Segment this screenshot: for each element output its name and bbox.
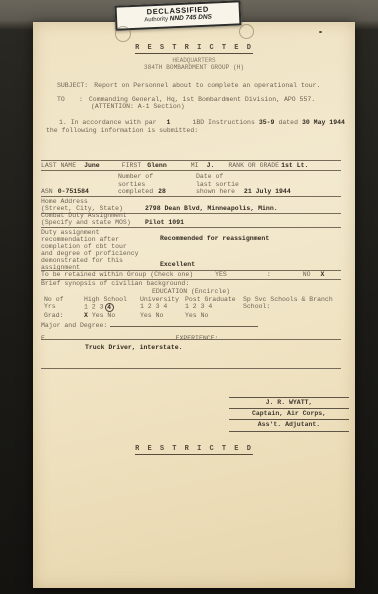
authority-value: NND 745 DNS <box>170 14 213 23</box>
asn-value: 0-751584 <box>58 188 89 195</box>
paragraph-1-line2: the following information is submitted: <box>46 127 198 134</box>
last-sortie-label: Date of last sortie shown here <box>196 173 239 195</box>
high-school-grad-options: Yes No <box>92 312 115 319</box>
paragraph-1: 1. In accordance with par11BD Instructio… <box>59 119 345 126</box>
home-address-label: Home Address (Street, City, State) <box>41 198 137 212</box>
sorties-cell: Number of sorties completed 28 <box>118 173 196 195</box>
form-row-asn-sorties: ASN 0-751584 Number of sorties completed… <box>41 171 341 197</box>
form-row-combat-duty: Combat Duty Assignment (Specify and stat… <box>41 214 341 228</box>
post-graduate-header: Post Graduate <box>185 296 243 303</box>
first-name-value: Glenn <box>147 162 167 169</box>
last-sortie-cell: Date of last sortie shown here 21 July 1… <box>196 173 341 195</box>
signature-title: Ass't. Adjutant. <box>229 420 349 431</box>
first-name-label: FIRST <box>122 162 142 169</box>
high-school-years: 1 2 34 <box>84 303 140 312</box>
classification-footer-text: R E S T R I C T E D <box>135 446 253 455</box>
duty-recommendation-values: Recommended for reassignment Excellent <box>153 228 341 270</box>
section-rule <box>41 368 341 369</box>
para1-date: 30 May 1944 <box>302 119 345 126</box>
major-degree-blank <box>110 321 258 327</box>
duty-recommendation-label: Duty assignment recommendation after com… <box>41 228 153 270</box>
duty-proficiency-value: Excellent <box>160 261 341 268</box>
form-row-retained: To be retained within Group (Check one) … <box>41 271 341 280</box>
rank-value: 1st Lt. <box>281 162 308 169</box>
retained-separator: : <box>267 271 271 278</box>
middle-initial-label: MI <box>191 162 199 169</box>
experience-divider: E EXPERIENCE: <box>41 335 341 344</box>
sorties-label: Number of sorties completed <box>118 173 153 195</box>
subject-text: Report on Personnel about to complete an… <box>94 82 320 89</box>
last-name-label: LAST NAME <box>41 162 76 169</box>
major-degree-row: Major and Degree: <box>41 321 341 332</box>
retained-no-checkmark: X <box>321 271 325 278</box>
experience-title: EXPERIENCE: <box>176 335 219 342</box>
group-line: 384TH BOMBARDMENT GROUP (H) <box>33 64 355 71</box>
sorties-value: 28 <box>158 188 166 195</box>
to-separator: : <box>79 96 83 103</box>
university-years: 1 2 3 4 <box>140 303 185 312</box>
experience-entry-text: Truck Driver, interstate. <box>85 344 183 351</box>
signature-name: J. R. WYATT, <box>229 398 349 409</box>
home-address-value: 2798 Dean Blvd, Minneapolis, Minn. <box>145 205 278 212</box>
education-years-label-2: Yrs <box>44 303 84 312</box>
experience-entry: Truck Driver, interstate. <box>85 344 341 353</box>
classification-header-text: R E S T R I C T E D <box>135 45 253 54</box>
combat-duty-label: Combat Duty Assignment (Specify and stat… <box>41 212 137 226</box>
grad-label: Grad: <box>44 312 84 319</box>
major-degree-label: Major and Degree: <box>41 322 107 329</box>
post-graduate-years: 1 2 3 4 <box>185 303 243 312</box>
asn-cell: ASN 0-751584 <box>41 188 118 195</box>
ink-speck <box>319 31 322 33</box>
para1-par-number: 1 <box>167 119 171 126</box>
retained-no-label: NO <box>303 271 311 278</box>
high-school-grad: X Yes No <box>84 312 140 319</box>
high-school-circled-year: 4 <box>105 303 114 312</box>
subject-label: SUBJECT: <box>57 82 88 89</box>
university-header: University <box>140 296 185 303</box>
personnel-form: LAST NAME June FIRST Glenn MI J. RANK OR… <box>41 160 341 369</box>
para1-text-a: 1. In accordance with par <box>59 119 157 126</box>
synopsis-label: Brief synopsis of civilian background: <box>41 280 341 288</box>
retained-yes-label: YES <box>215 271 227 278</box>
subject-line: SUBJECT:Report on Personnel about to com… <box>57 82 320 89</box>
signature-block: J. R. WYATT, Captain, Air Corps, Ass't. … <box>229 397 349 432</box>
punch-hole-left <box>115 26 131 42</box>
classification-header: R E S T R I C T E D <box>33 44 355 54</box>
to-text: Commanding General, Hq, 1st Bombardment … <box>89 96 315 103</box>
authority-label: Authority <box>144 16 168 23</box>
sp-svc-grad-empty <box>243 312 341 319</box>
high-school-header: High School <box>84 296 140 303</box>
sp-svc-school-label: School: <box>243 303 341 312</box>
education-title: EDUCATION (Encircle) <box>41 288 341 296</box>
to-label: TO <box>57 96 79 103</box>
retained-label: To be retained within Group (Check one) <box>41 271 193 278</box>
middle-initial-value: J. <box>207 162 215 169</box>
high-school-grad-mark: X <box>84 312 88 319</box>
last-sortie-date: 21 July 1944 <box>244 188 291 195</box>
rank-label: RANK OR GRADE <box>228 162 279 169</box>
para1-text-c: dated <box>278 119 298 126</box>
attention-line: (ATTENTION: A-1 Section) <box>91 103 185 110</box>
education-years-label-1: No of <box>44 296 84 303</box>
last-name-value: June <box>84 162 100 169</box>
sp-svc-header: Sp Svc Schools & Branch <box>243 296 341 303</box>
form-row-duty-recommendation: Duty assignment recommendation after com… <box>41 228 341 271</box>
para1-instruction-number: 35-9 <box>259 119 275 126</box>
education-grid: No of High School University Post Gradua… <box>44 296 341 320</box>
experience-left-mark: E <box>41 335 45 342</box>
punch-hole-right <box>239 24 254 39</box>
post-graduate-grad-options: Yes No <box>185 312 243 319</box>
classification-footer: R E S T R I C T E D <box>33 445 355 455</box>
signature-rank: Captain, Air Corps, <box>229 409 349 420</box>
scan-background: { "stamp": { "title": "DECLASSIFIED", "a… <box>0 0 378 594</box>
form-row-name: LAST NAME June FIRST Glenn MI J. RANK OR… <box>41 160 341 171</box>
high-school-years-text: 1 2 3 <box>84 304 104 311</box>
declassified-stamp: DECLASSIFIED Authority NND 745 DNS <box>115 0 242 30</box>
document-page: DECLASSIFIED Authority NND 745 DNS R E S… <box>33 22 355 588</box>
para1-text-b: 1BD Instructions <box>192 119 254 126</box>
university-grad-options: Yes No <box>140 312 185 319</box>
asn-label: ASN <box>41 188 53 195</box>
combat-duty-value: Pilot 1091 <box>145 219 184 226</box>
duty-recommendation-value: Recommended for reassignment <box>160 235 341 242</box>
